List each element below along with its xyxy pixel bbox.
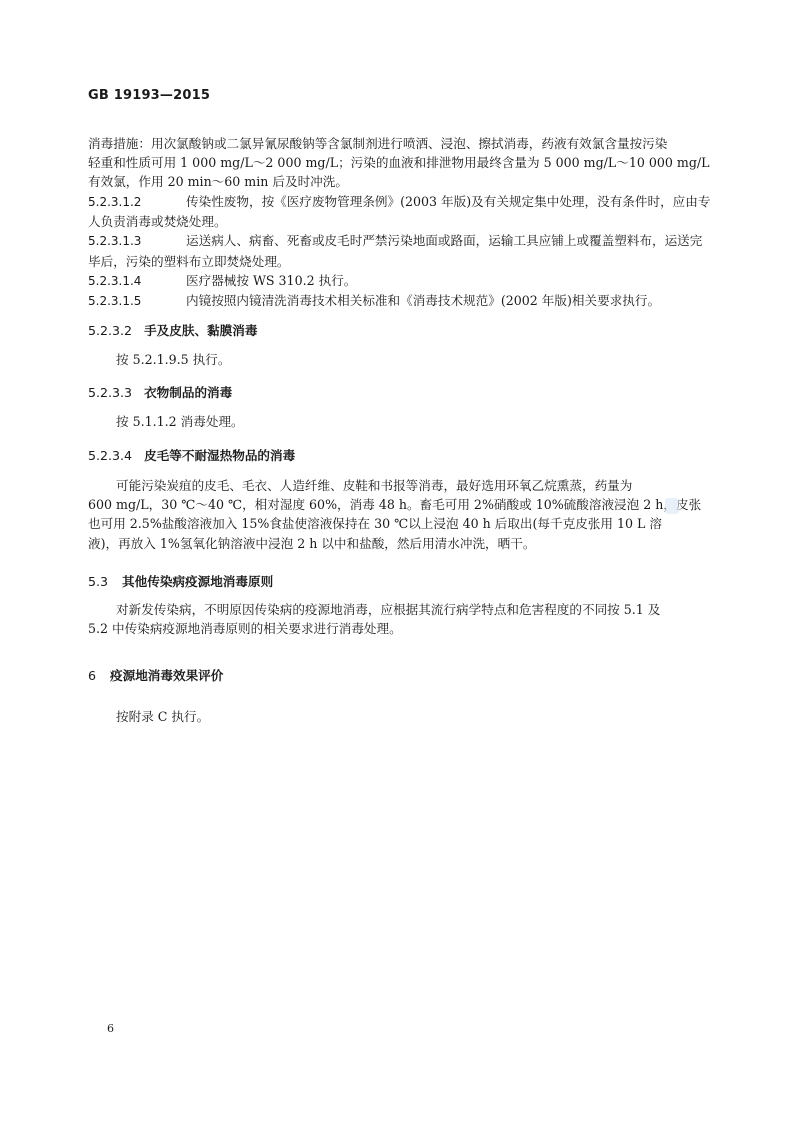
section-body-5-2-3-3: 按 5.1.1.2 消毒处理。 <box>88 412 713 431</box>
text-line: 600 mg/L，30 ℃～40 ℃，相对湿度 60%，消毒 48 h。畜毛可用… <box>88 495 713 514</box>
clause-number: 5.2.3.1.5 <box>88 292 186 311</box>
text-line: 对新发传染病，不明原因传染病的疫源地消毒，应根据其流行病学特点和危害程度的不同按… <box>88 600 713 619</box>
section-heading-5-2-3-4: 5.2.3.4皮毛等不耐湿热物品的消毒 <box>88 445 295 464</box>
text-line: 消毒措施：用次氯酸钠或二氯异氰尿酸钠等含氯制剂进行喷洒、浸泡、擦拭消毒，药液有效… <box>88 134 713 153</box>
section-heading-6: 6疫源地消毒效果评价 <box>88 665 223 684</box>
clause-5-2-3-1-4: 5.2.3.1.4医疗器械按 WS 310.2 执行。 <box>88 271 713 291</box>
section-body-5-2-3-2: 按 5.2.1.9.5 执行。 <box>88 350 713 369</box>
clause-number: 5.2.3.1.3 <box>88 232 186 251</box>
section-number: 5.2.3.4 <box>88 448 132 463</box>
text-line: 可能污染炭疽的皮毛、毛衣、人造纤维、皮鞋和书报等消毒，最好选用环氧乙烷熏蒸，药量… <box>88 476 713 495</box>
section-title: 疫源地消毒效果评价 <box>110 668 223 683</box>
document-page: GB 19193—2015 消毒措施：用次氯酸钠或二氯异氰尿酸钠等含氯制剂进行喷… <box>0 0 794 1123</box>
scan-artifact <box>665 498 679 514</box>
clause-text-continued: 人负责消毒或焚烧处理。 <box>88 212 713 231</box>
text-line: 按 5.2.1.9.5 执行。 <box>88 350 713 369</box>
section-heading-5-2-3-2: 5.2.3.2手及皮肤、黏膜消毒 <box>88 320 257 339</box>
section-heading-5-2-3-3: 5.2.3.3衣物制品的消毒 <box>88 382 232 401</box>
text-line: 液)，再放入 1%氢氧化钠溶液中浸泡 2 h 以中和盐酸，然后用清水冲洗，晒干。 <box>88 534 713 553</box>
section-title: 其他传染病疫源地消毒原则 <box>122 574 273 589</box>
standard-id-header: GB 19193—2015 <box>88 88 210 103</box>
clause-5-2-3-1-3: 5.2.3.1.3运送病人、病畜、死畜或皮毛时严禁污染地面或路面，运输工具应铺上… <box>88 231 713 251</box>
text-line: 5.2 中传染病疫源地消毒原则的相关要求进行消毒处理。 <box>88 619 713 638</box>
section-number: 5.3 <box>88 574 108 589</box>
page-number: 6 <box>107 1022 114 1035</box>
text-line: 也可用 2.5%盐酸溶液加入 15%食盐使溶液保持在 30 ℃以上浸泡 40 h… <box>88 514 713 533</box>
section-number: 6 <box>88 668 96 683</box>
clause-text: 运送病人、病畜、死畜或皮毛时严禁污染地面或路面，运输工具应铺上或覆盖塑料布，运送… <box>186 233 702 248</box>
section-body-5-3: 对新发传染病，不明原因传染病的疫源地消毒，应根据其流行病学特点和危害程度的不同按… <box>88 600 713 638</box>
clause-list: 5.2.3.1.2传染性废物，按《医疗废物管理条例》(2003 年版)及有关规定… <box>88 192 713 311</box>
section-heading-5-3: 5.3其他传染病疫源地消毒原则 <box>88 571 273 590</box>
clause-text-continued: 毕后，污染的塑料布立即焚烧处理。 <box>88 252 713 271</box>
clause-5-2-3-1-2: 5.2.3.1.2传染性废物，按《医疗废物管理条例》(2003 年版)及有关规定… <box>88 192 713 212</box>
section-body-6: 按附录 C 执行。 <box>88 707 713 726</box>
clause-number: 5.2.3.1.2 <box>88 193 186 212</box>
section-body-5-2-3-4: 可能污染炭疽的皮毛、毛衣、人造纤维、皮鞋和书报等消毒，最好选用环氧乙烷熏蒸，药量… <box>88 476 713 553</box>
section-title: 手及皮肤、黏膜消毒 <box>144 323 257 338</box>
clause-number: 5.2.3.1.4 <box>88 272 186 291</box>
disinfection-measures-paragraph: 消毒措施：用次氯酸钠或二氯异氰尿酸钠等含氯制剂进行喷洒、浸泡、擦拭消毒，药液有效… <box>88 134 713 192</box>
clause-text: 传染性废物，按《医疗废物管理条例》(2003 年版)及有关规定集中处理，没有条件… <box>186 194 710 209</box>
section-number: 5.2.3.2 <box>88 323 132 338</box>
text-line: 按 5.1.1.2 消毒处理。 <box>88 412 713 431</box>
section-number: 5.2.3.3 <box>88 385 132 400</box>
clause-text: 内镜按照内镜清洗消毒技术相关标准和《消毒技术规范》(2002 年版)相关要求执行… <box>186 293 660 308</box>
clause-5-2-3-1-5: 5.2.3.1.5内镜按照内镜清洗消毒技术相关标准和《消毒技术规范》(2002 … <box>88 291 713 311</box>
text-line: 有效氯，作用 20 min～60 min 后及时冲洗。 <box>88 172 713 191</box>
section-title: 皮毛等不耐湿热物品的消毒 <box>144 448 295 463</box>
clause-text: 医疗器械按 WS 310.2 执行。 <box>186 273 356 288</box>
section-title: 衣物制品的消毒 <box>144 385 232 400</box>
text-line: 按附录 C 执行。 <box>88 707 713 726</box>
text-line: 轻重和性质可用 1 000 mg/L～2 000 mg/L；污染的血液和排泄物用… <box>88 153 713 172</box>
